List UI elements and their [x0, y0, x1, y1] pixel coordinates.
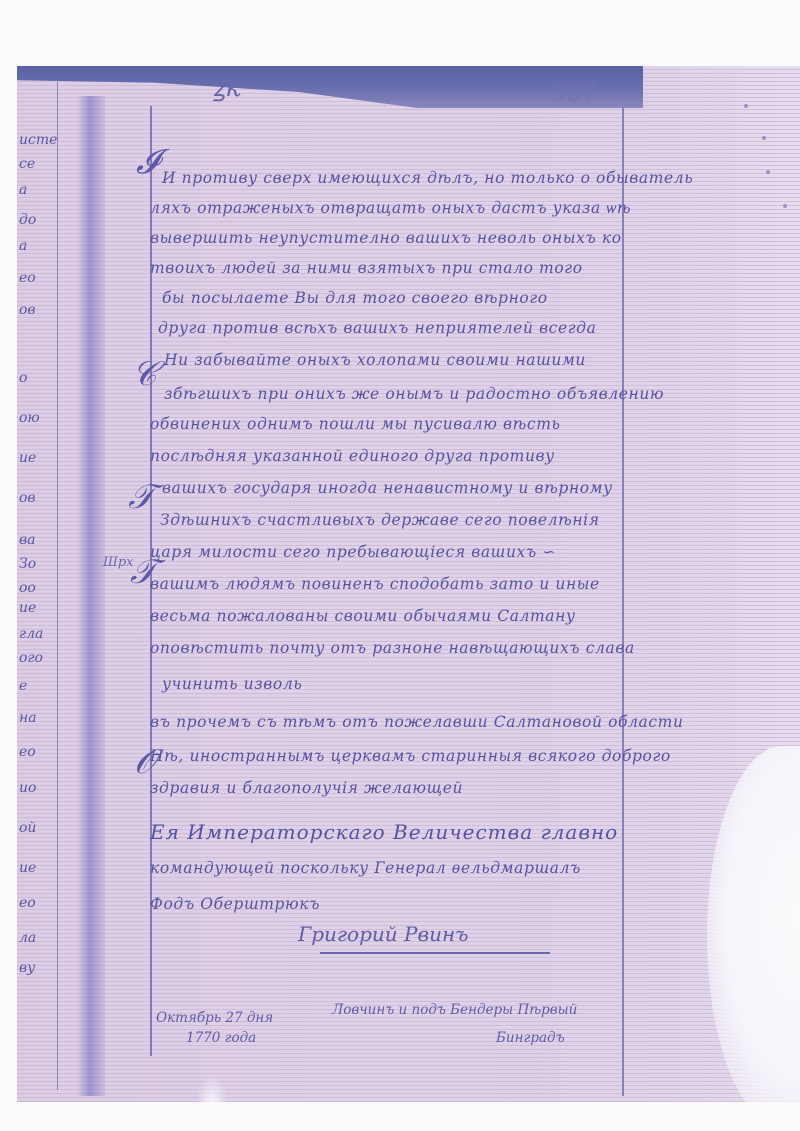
body-line: Ни забывайте оныхъ холопами своими нашим… — [164, 350, 586, 370]
closing-title-line: Ея Императорскаго Величества главно — [150, 822, 618, 842]
previous-page-fragment: а — [19, 182, 27, 198]
body-line: вашимъ людямъ повиненъ сподобать зато и … — [150, 574, 600, 594]
previous-page-fragment: ов — [19, 302, 36, 318]
previous-page-fragment: ие — [19, 860, 36, 876]
light-glare-small — [197, 1076, 227, 1102]
footer-date-line: Октябрь 27 дня — [156, 1010, 273, 1026]
previous-page-fragment: Зо — [19, 556, 36, 572]
body-line: ляхъ отраженыхъ отвращать оныхъ дастъ ук… — [150, 198, 631, 218]
previous-page-fragment: ов — [19, 490, 36, 506]
closing-line: Фодъ Оберштрюкъ — [150, 894, 320, 914]
folio-mark: ꙁк — [213, 68, 241, 104]
body-line: Здѣшнихъ счастливыхъ державе сего повелѣ… — [160, 510, 600, 530]
previous-page-fragment: гла — [19, 626, 43, 642]
body-line: бы посылаете Вы для того своего вѣрного — [162, 288, 548, 308]
decorated-initial: 𝒞 — [132, 354, 157, 394]
decorated-initial: 𝒯 — [128, 477, 154, 517]
previous-page-fragment: а — [19, 238, 27, 254]
body-line: И противу сверх имеющихся дѣлъ, но тольк… — [162, 168, 693, 188]
signature-flourish — [320, 952, 550, 954]
body-line: учинить изволь — [162, 674, 302, 694]
body-line: твоихъ людей за ними взятыхъ при стало т… — [150, 258, 583, 278]
previous-page-fragment: ого — [19, 650, 43, 666]
closing-line: командующей поскольку Генерал ѳельдмарша… — [150, 858, 581, 878]
previous-page-fragment: ео — [19, 744, 36, 760]
binding-shadow-band — [17, 66, 643, 108]
previous-page-fragment: исте — [19, 132, 57, 148]
body-line: обвинених однимъ пошли мы пусивалю вѣсть — [150, 414, 561, 434]
paper-speck — [744, 104, 748, 108]
body-line: оповѣстить почту отъ разноне навѣщающихъ… — [150, 638, 635, 658]
body-line: послѣдняя указанной единого друга против… — [150, 446, 555, 466]
paper-speck — [783, 204, 787, 208]
body-line: царя милости сего пребывающіеся вашихъ ∽ — [150, 542, 556, 562]
light-glare — [707, 746, 800, 1102]
previous-page-fragment: на — [19, 710, 37, 726]
footer-location-line: Ловчинъ и подъ Бендеры Пѣрвый — [332, 1002, 577, 1018]
previous-page-fragment: ео — [19, 270, 36, 286]
signature: Григорий Рвинъ — [298, 922, 468, 946]
page-fold-shadow — [77, 96, 105, 1096]
previous-page-fragment: ие — [19, 600, 36, 616]
previous-page-fragment: ой — [19, 820, 36, 836]
body-line: въ прочемъ съ тѣмъ отъ пожелавши Салтано… — [150, 712, 684, 732]
decorated-initial: 𝓘 — [136, 142, 159, 182]
previous-page-fragment: ио — [19, 780, 36, 796]
body-line: вашихъ государя иногда ненавистному и вѣ… — [162, 478, 613, 498]
previous-page-fragment: ою — [19, 410, 40, 426]
scan-background: исте се а до а ео ов о ою ие ов ва Зо оо… — [0, 0, 800, 1131]
previous-page-edge: исте се а до а ео ов о ою ие ов ва Зо оо… — [17, 80, 59, 1090]
previous-page-fragment: оо — [19, 580, 36, 596]
paper-speck — [766, 170, 770, 174]
footer-date-line: 1770 года — [186, 1030, 256, 1046]
body-line: весьма пожалованы своими обычаями Салтан… — [150, 606, 576, 626]
page-right-rule — [622, 106, 624, 1096]
previous-page-fragment: о — [19, 370, 27, 386]
previous-page-fragment: ва — [19, 532, 36, 548]
previous-page-fragment: ла — [19, 930, 36, 946]
margin-note: Шрх — [103, 555, 134, 570]
previous-page-fragment: ие — [19, 450, 36, 466]
previous-page-fragment: до — [19, 212, 36, 228]
body-line: вывершить неупустително вашихъ неволь он… — [150, 228, 622, 248]
previous-page-fragment: се — [19, 156, 35, 172]
previous-page-rule — [57, 80, 58, 1090]
paper-speck — [762, 136, 766, 140]
body-line: здравия и благополучія желающей — [150, 778, 463, 798]
body-line: друга против всѣхъ вашихъ неприятелей вс… — [158, 318, 596, 338]
footer-location-line: Бинградъ — [496, 1030, 565, 1046]
body-line: Нѣ, иностраннымъ церквамъ старинныя всяк… — [150, 746, 671, 766]
page-number: 307 — [552, 82, 597, 107]
previous-page-fragment: ео — [19, 895, 36, 911]
body-line: збѣгшихъ при онихъ же онымъ и радостно о… — [164, 384, 664, 404]
previous-page-fragment: ву — [19, 960, 35, 976]
previous-page-fragment: е — [19, 678, 27, 694]
